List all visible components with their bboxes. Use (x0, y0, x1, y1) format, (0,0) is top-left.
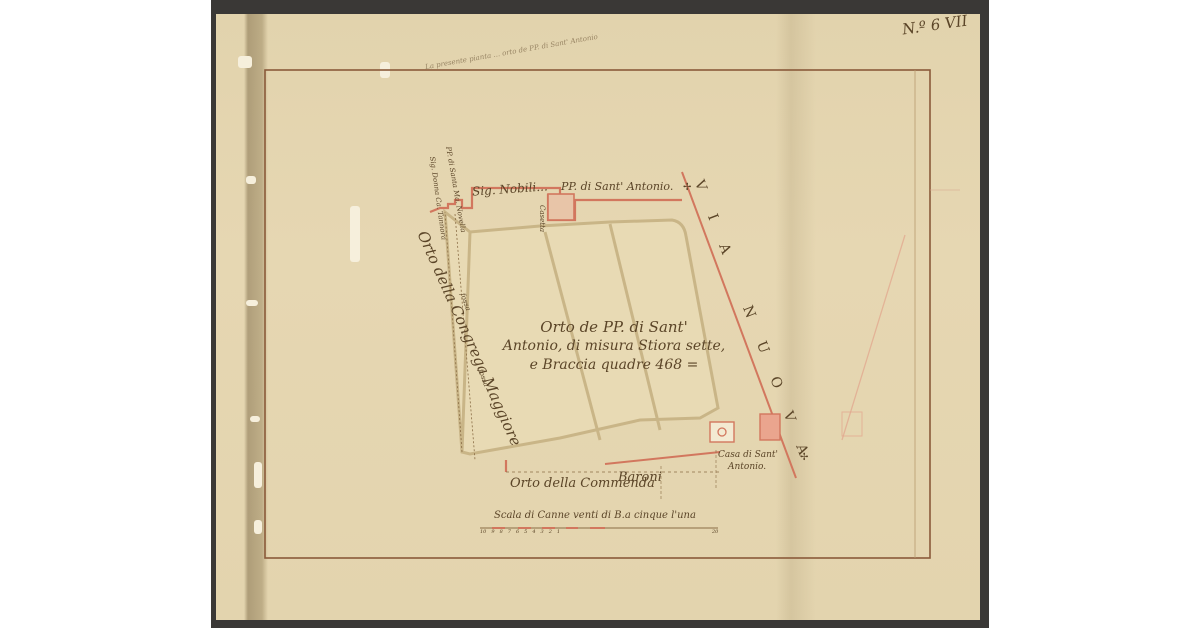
scale-ticks: 10 9 8 7 6 5 4 3 2 1 (480, 529, 720, 535)
title-line-3: e Braccia quadre 468 = (494, 356, 734, 375)
scale-tick: 5 (524, 529, 527, 535)
scale-tick: 2 (549, 529, 552, 535)
scale-tick: 8 (500, 529, 503, 535)
label-casa-sant-antonio-2: Antonio. (728, 462, 766, 472)
scale-tick: 9 (491, 529, 494, 535)
scale-tick: 1 (557, 529, 560, 535)
scale-tick-end: 20 (712, 529, 718, 535)
label-casetta: Casetta (538, 205, 546, 232)
title-line-2: Antonio, di misura Stiora sette, (494, 337, 734, 356)
label-casa-sant-antonio-1: Casa di Sant' (718, 450, 778, 460)
label-pp-sant-antonio: PP. di Sant' Antonio. (561, 180, 673, 193)
scale-tick: 3 (541, 529, 544, 535)
scale-tick: 10 (480, 529, 486, 535)
scale-tick: 6 (516, 529, 519, 535)
label-baroni: Baroni (618, 470, 662, 485)
scale-tick: 7 (508, 529, 511, 535)
scale-label: Scala di Canne venti di B.a cinque l'una (494, 510, 696, 521)
title-line-1: Orto de PP. di Sant' (494, 318, 734, 337)
scale-tick: 4 (532, 529, 535, 535)
map-title: Orto de PP. di Sant' Antonio, di misura … (494, 318, 734, 375)
